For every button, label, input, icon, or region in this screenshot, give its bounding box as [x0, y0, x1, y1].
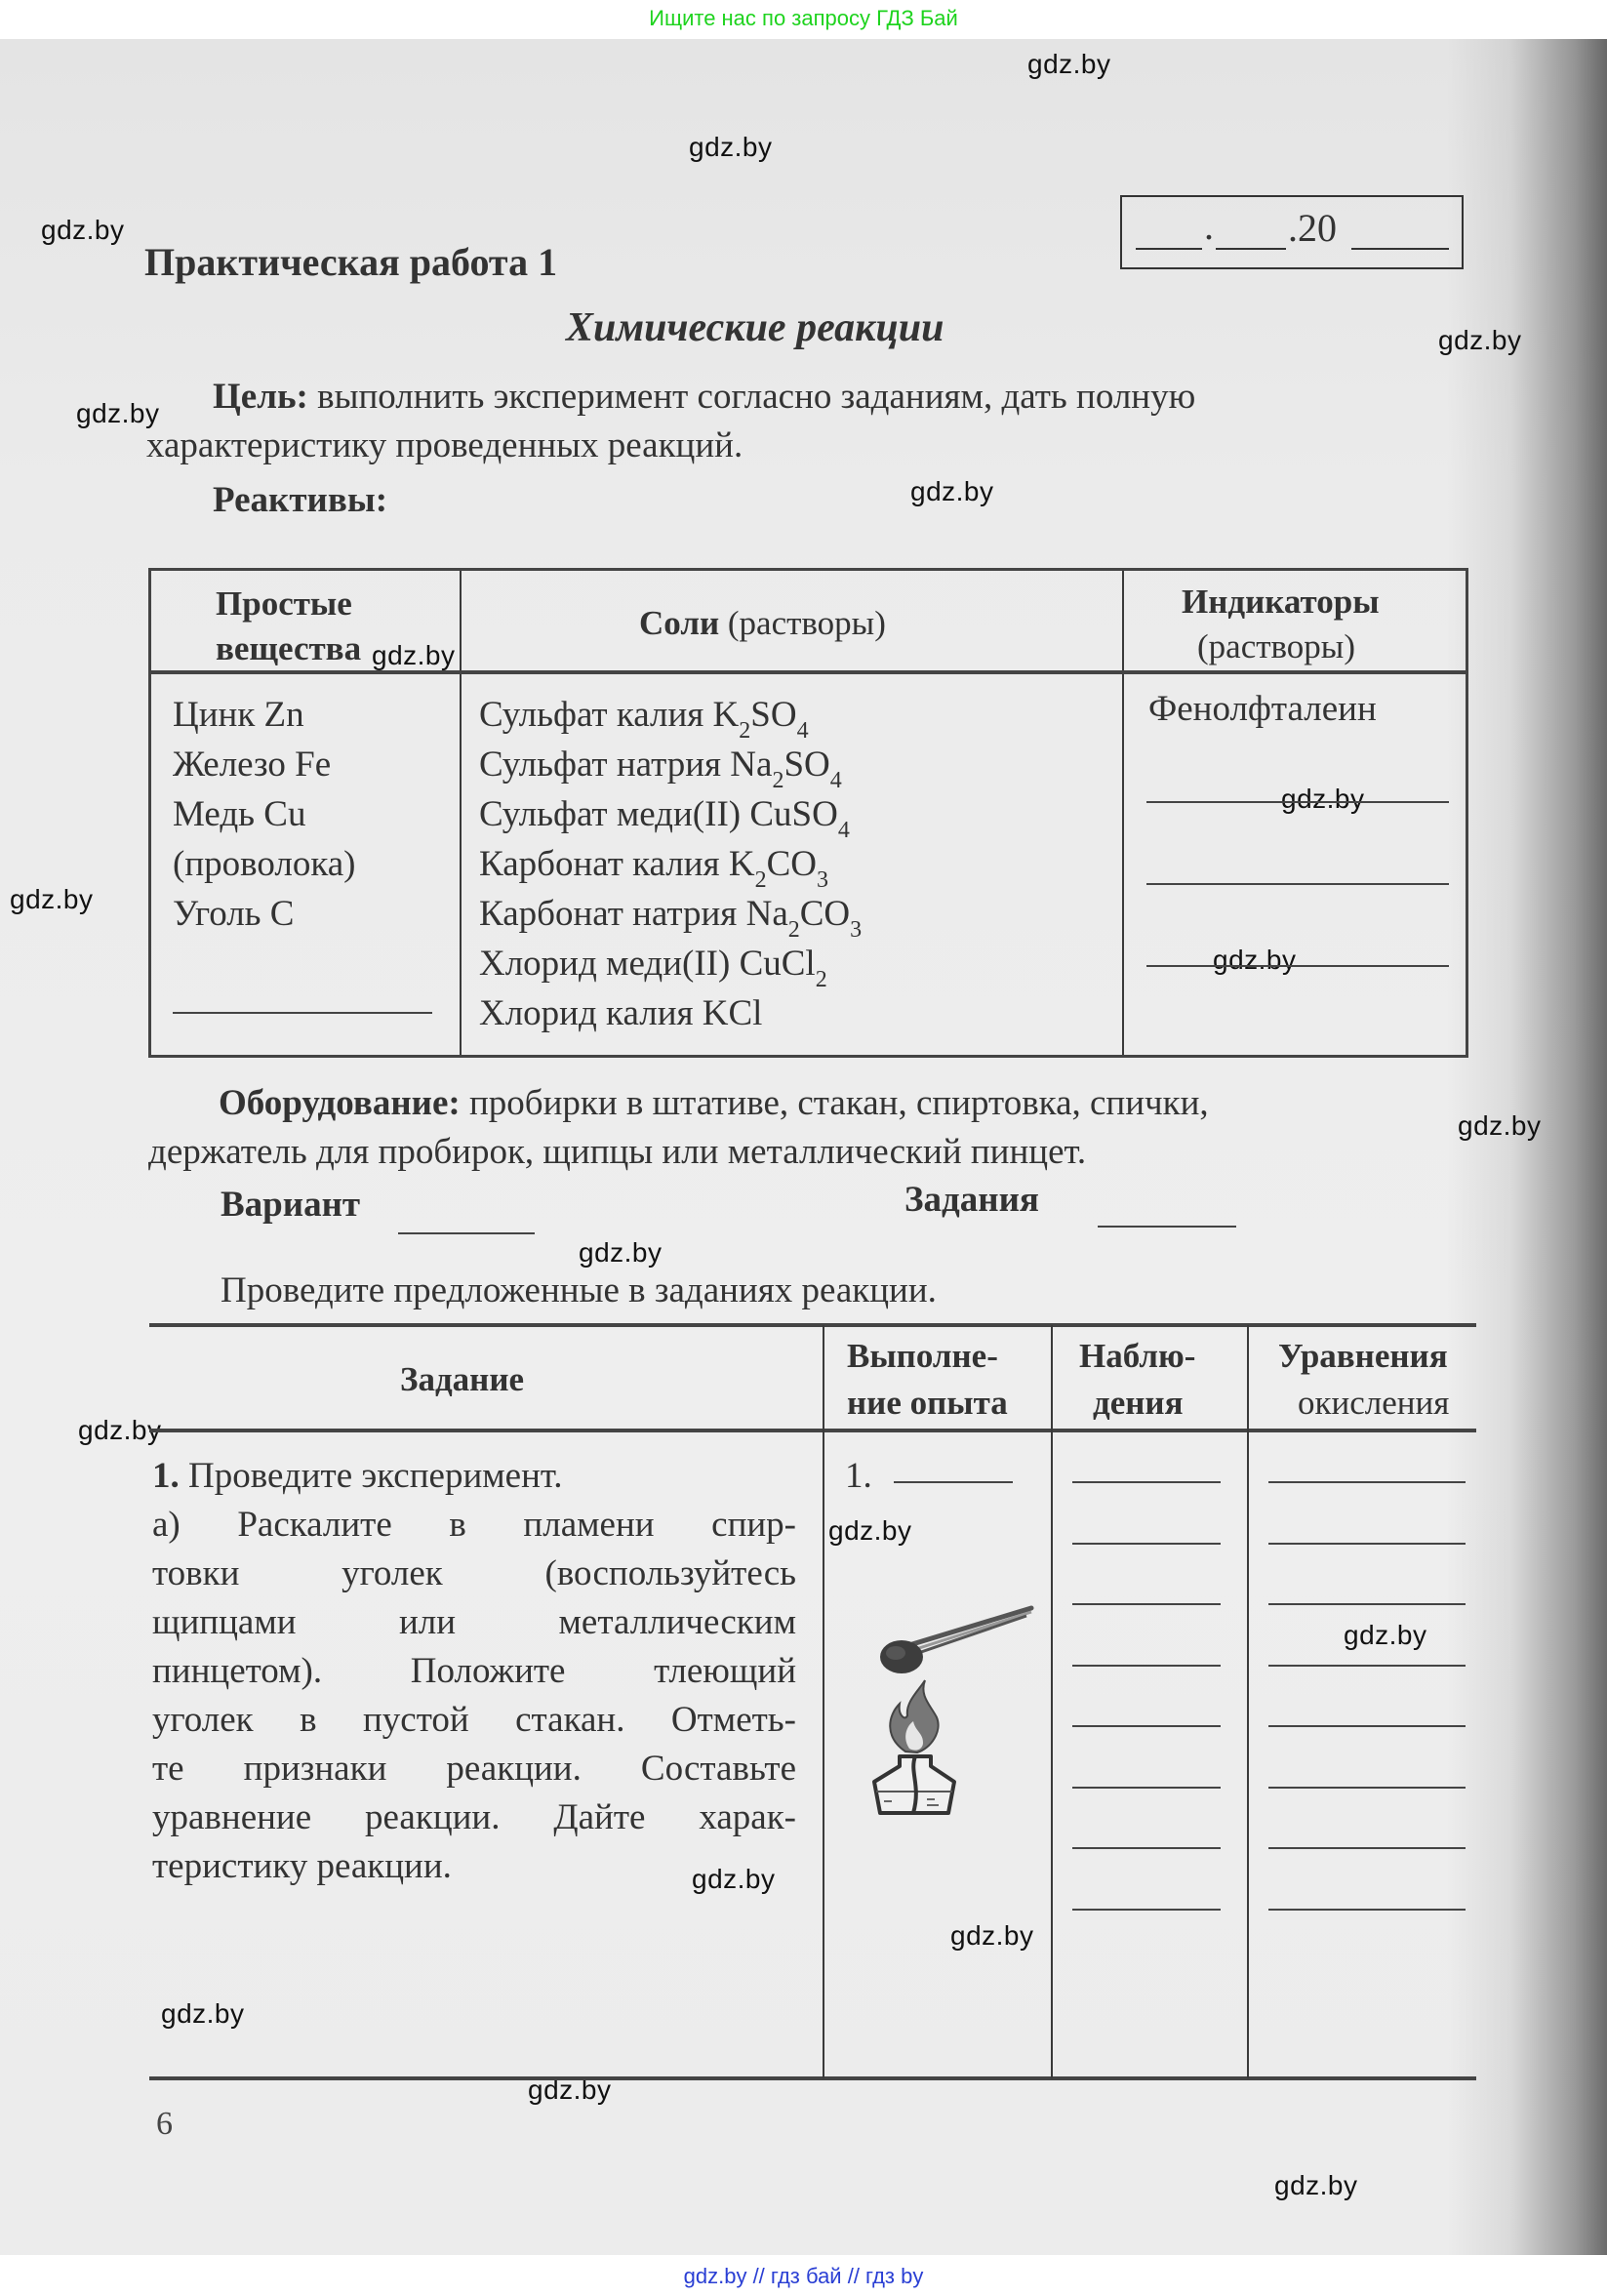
- header-equations-1: Уравнения: [1278, 1337, 1448, 1376]
- header-equations-2: окисления: [1298, 1384, 1449, 1423]
- watermark: gdz.by: [579, 1237, 663, 1269]
- task-description-line: те признаки реакции. Составьте: [152, 1745, 796, 1793]
- formula-part: CuSO: [749, 794, 837, 834]
- reagents-label: Реактивы:: [213, 476, 387, 525]
- formula-part: SO: [750, 695, 796, 735]
- variant-input[interactable]: [398, 1232, 535, 1234]
- equation-blank[interactable]: [1268, 1481, 1466, 1483]
- task-1-number: 1.: [152, 1456, 180, 1496]
- task-table-header-border: [149, 1429, 1476, 1432]
- goal-label: Цель:: [213, 377, 308, 417]
- indicator-blank[interactable]: [1146, 965, 1449, 967]
- formula-part: Na: [730, 745, 772, 785]
- salt-name: Карбонат калия: [479, 844, 729, 884]
- task-1: 1. Проведите эксперимент. а) Раскалите в…: [152, 1452, 796, 1891]
- watermark: gdz.by: [161, 1998, 245, 2030]
- date-field[interactable]: . .20: [1120, 195, 1464, 269]
- formula-part: CO: [767, 844, 817, 884]
- formula-part: Na: [746, 894, 788, 934]
- formula-part: SO: [783, 745, 829, 785]
- flame-icon: [890, 1680, 938, 1752]
- header-observations-2: дения: [1093, 1384, 1184, 1423]
- page-subtitle: Химические реакции: [566, 304, 944, 351]
- goal-paragraph: Цель: выполнить эксперимент согласно зад…: [146, 373, 1473, 470]
- page-title: Практическая работа 1: [144, 239, 557, 285]
- indicator-item: Фенолфталеин: [1148, 684, 1377, 734]
- watermark: gdz.by: [828, 1515, 912, 1547]
- workbook-page: gdz.by gdz.by gdz.by gdz.by gdz.by gdz.b…: [0, 39, 1607, 2255]
- salt-name: Хлорид меди(II): [479, 944, 740, 984]
- salt-item: Хлорид калия KCl: [479, 988, 762, 1038]
- formula-subscript: 3: [850, 917, 862, 943]
- col-header-salts: Соли (растворы): [639, 598, 886, 648]
- header-execution-1: Выполне-: [847, 1337, 998, 1376]
- salt-name: Сульфат меди(II): [479, 794, 749, 834]
- salt-name: Карбонат натрия: [479, 894, 746, 934]
- task-description-line: теристику реакции.: [152, 1842, 796, 1891]
- task-col-divider: [823, 1325, 824, 2078]
- task-1-title: Проведите эксперимент.: [188, 1456, 563, 1496]
- task-1-description: а) Раскалите в пламени спир-товки уголек…: [152, 1501, 796, 1891]
- simple-substance-item: Уголь C: [173, 889, 294, 939]
- task-description-line: щипцами или металлическим: [152, 1598, 796, 1647]
- task-description-line: товки уголек (воспользуйтесь: [152, 1550, 796, 1598]
- watermark: gdz.by: [1438, 325, 1522, 356]
- col-header-simple-1: Простые: [216, 579, 352, 628]
- date-separator: .: [1204, 203, 1214, 249]
- salt-name: Хлорид калия: [479, 993, 703, 1033]
- header-observations-1: Наблю-: [1079, 1337, 1195, 1376]
- task-description-line: а) Раскалите в пламени спир-: [152, 1501, 796, 1550]
- page-number: 6: [156, 2106, 173, 2143]
- task-description-line: пинцетом). Положите тлеющий: [152, 1647, 796, 1696]
- equation-blank[interactable]: [1268, 1543, 1466, 1545]
- watermark: gdz.by: [910, 476, 994, 507]
- formula-subscript: 2: [816, 967, 827, 992]
- indicator-blank[interactable]: [1146, 883, 1449, 885]
- date-year-prefix: .20: [1288, 205, 1337, 251]
- coal-icon: [880, 1640, 923, 1673]
- indicator-blank[interactable]: [1146, 801, 1449, 803]
- formula-part: CO: [800, 894, 850, 934]
- formula-part: KCl: [703, 993, 763, 1033]
- date-year-blank[interactable]: [1351, 248, 1449, 250]
- observation-blank[interactable]: [1072, 1787, 1221, 1789]
- simple-substance-item: Железо Fe: [173, 740, 331, 789]
- spirit-lamp-icon: [874, 1756, 954, 1813]
- date-day-blank[interactable]: [1136, 248, 1202, 250]
- reagents-table: Простые вещества Соли (растворы) Индикат…: [148, 568, 1468, 1058]
- col-header-simple-2: вещества: [216, 624, 361, 673]
- equipment-text-1: пробирки в штативе, стакан, спиртовка, с…: [469, 1083, 1209, 1123]
- equation-blank[interactable]: [1268, 1847, 1466, 1849]
- top-banner[interactable]: Ищите нас по запросу ГДЗ Бай: [0, 0, 1607, 39]
- task-table-bottom-border: [149, 2076, 1476, 2080]
- formula-subscript: 4: [838, 818, 850, 843]
- task-table-top-border: [149, 1323, 1476, 1327]
- equation-blank[interactable]: [1268, 1725, 1466, 1727]
- header-execution-2: ние опыта: [847, 1384, 1008, 1423]
- col-header-salts-rest: (растворы): [719, 604, 886, 642]
- header-task: Задание: [400, 1360, 524, 1399]
- observation-blank[interactable]: [1072, 1603, 1221, 1605]
- formula-part: K: [729, 844, 755, 884]
- observation-blank[interactable]: [1072, 1725, 1221, 1727]
- simple-substance-blank[interactable]: [173, 1012, 432, 1014]
- col-header-indicators-1: Индикаторы: [1182, 577, 1380, 626]
- equation-blank[interactable]: [1268, 1603, 1466, 1605]
- observation-blank[interactable]: [1072, 1481, 1221, 1483]
- col-header-salts-bold: Соли: [639, 604, 719, 642]
- col-header-indicators-2: (растворы): [1197, 622, 1355, 671]
- watermark: gdz.by: [1027, 49, 1111, 80]
- equipment-paragraph: Оборудование: пробирки в штативе, стакан…: [148, 1079, 1485, 1177]
- instruction-text: Проведите предложенные в заданиях реакци…: [221, 1267, 937, 1315]
- task-description-line: уравнение реакции. Дайте харак-: [152, 1793, 796, 1842]
- bottom-banner[interactable]: gdz.by // гдз бай // гдз by: [0, 2255, 1607, 2296]
- observation-blank[interactable]: [1072, 1847, 1221, 1849]
- simple-substance-item: (проволока): [173, 839, 355, 889]
- equipment-label: Оборудование:: [219, 1083, 461, 1123]
- watermark: gdz.by: [950, 1920, 1034, 1952]
- watermark: gdz.by: [1274, 2170, 1358, 2201]
- equipment-text-2: держатель для пробирок, щипцы или металл…: [148, 1128, 1485, 1177]
- execution-number: 1.: [845, 1452, 872, 1501]
- date-month-blank[interactable]: [1216, 248, 1286, 250]
- tasks-input[interactable]: [1098, 1226, 1236, 1228]
- formula-part: CuCl: [740, 944, 816, 984]
- observation-blank[interactable]: [1072, 1665, 1221, 1667]
- task-col-divider: [1051, 1325, 1053, 2078]
- task-col-divider: [1247, 1325, 1249, 2078]
- simple-substance-item: Цинк Zn: [173, 690, 304, 740]
- watermark: gdz.by: [10, 884, 94, 915]
- col-divider: [460, 571, 462, 1055]
- goal-text-2: характеристику проведенных реакций.: [146, 422, 1473, 470]
- simple-substance-item: Медь Cu: [173, 789, 305, 839]
- equation-blank[interactable]: [1268, 1909, 1466, 1911]
- task-description-line: уголек в пустой стакан. Отметь-: [152, 1696, 796, 1745]
- col-divider: [1122, 571, 1124, 1055]
- tasks-label: Задания: [904, 1176, 1039, 1225]
- observation-blank[interactable]: [1072, 1909, 1221, 1911]
- equation-blank[interactable]: [1268, 1787, 1466, 1789]
- watermark: gdz.by: [689, 132, 773, 163]
- goal-text-1: выполнить эксперимент согласно заданиям,…: [317, 377, 1195, 417]
- salt-name: Сульфат натрия: [479, 745, 730, 785]
- formula-part: K: [713, 695, 740, 735]
- salt-name: Сульфат калия: [479, 695, 713, 735]
- watermark: gdz.by: [41, 215, 125, 246]
- observation-blank[interactable]: [1072, 1543, 1221, 1545]
- watermark: gdz.by: [1344, 1620, 1427, 1651]
- execution-blank[interactable]: [894, 1481, 1013, 1483]
- equation-blank[interactable]: [1268, 1665, 1466, 1667]
- spirit-lamp-with-tongs-illustration: [870, 1600, 1046, 1825]
- variant-label: Вариант: [221, 1181, 360, 1229]
